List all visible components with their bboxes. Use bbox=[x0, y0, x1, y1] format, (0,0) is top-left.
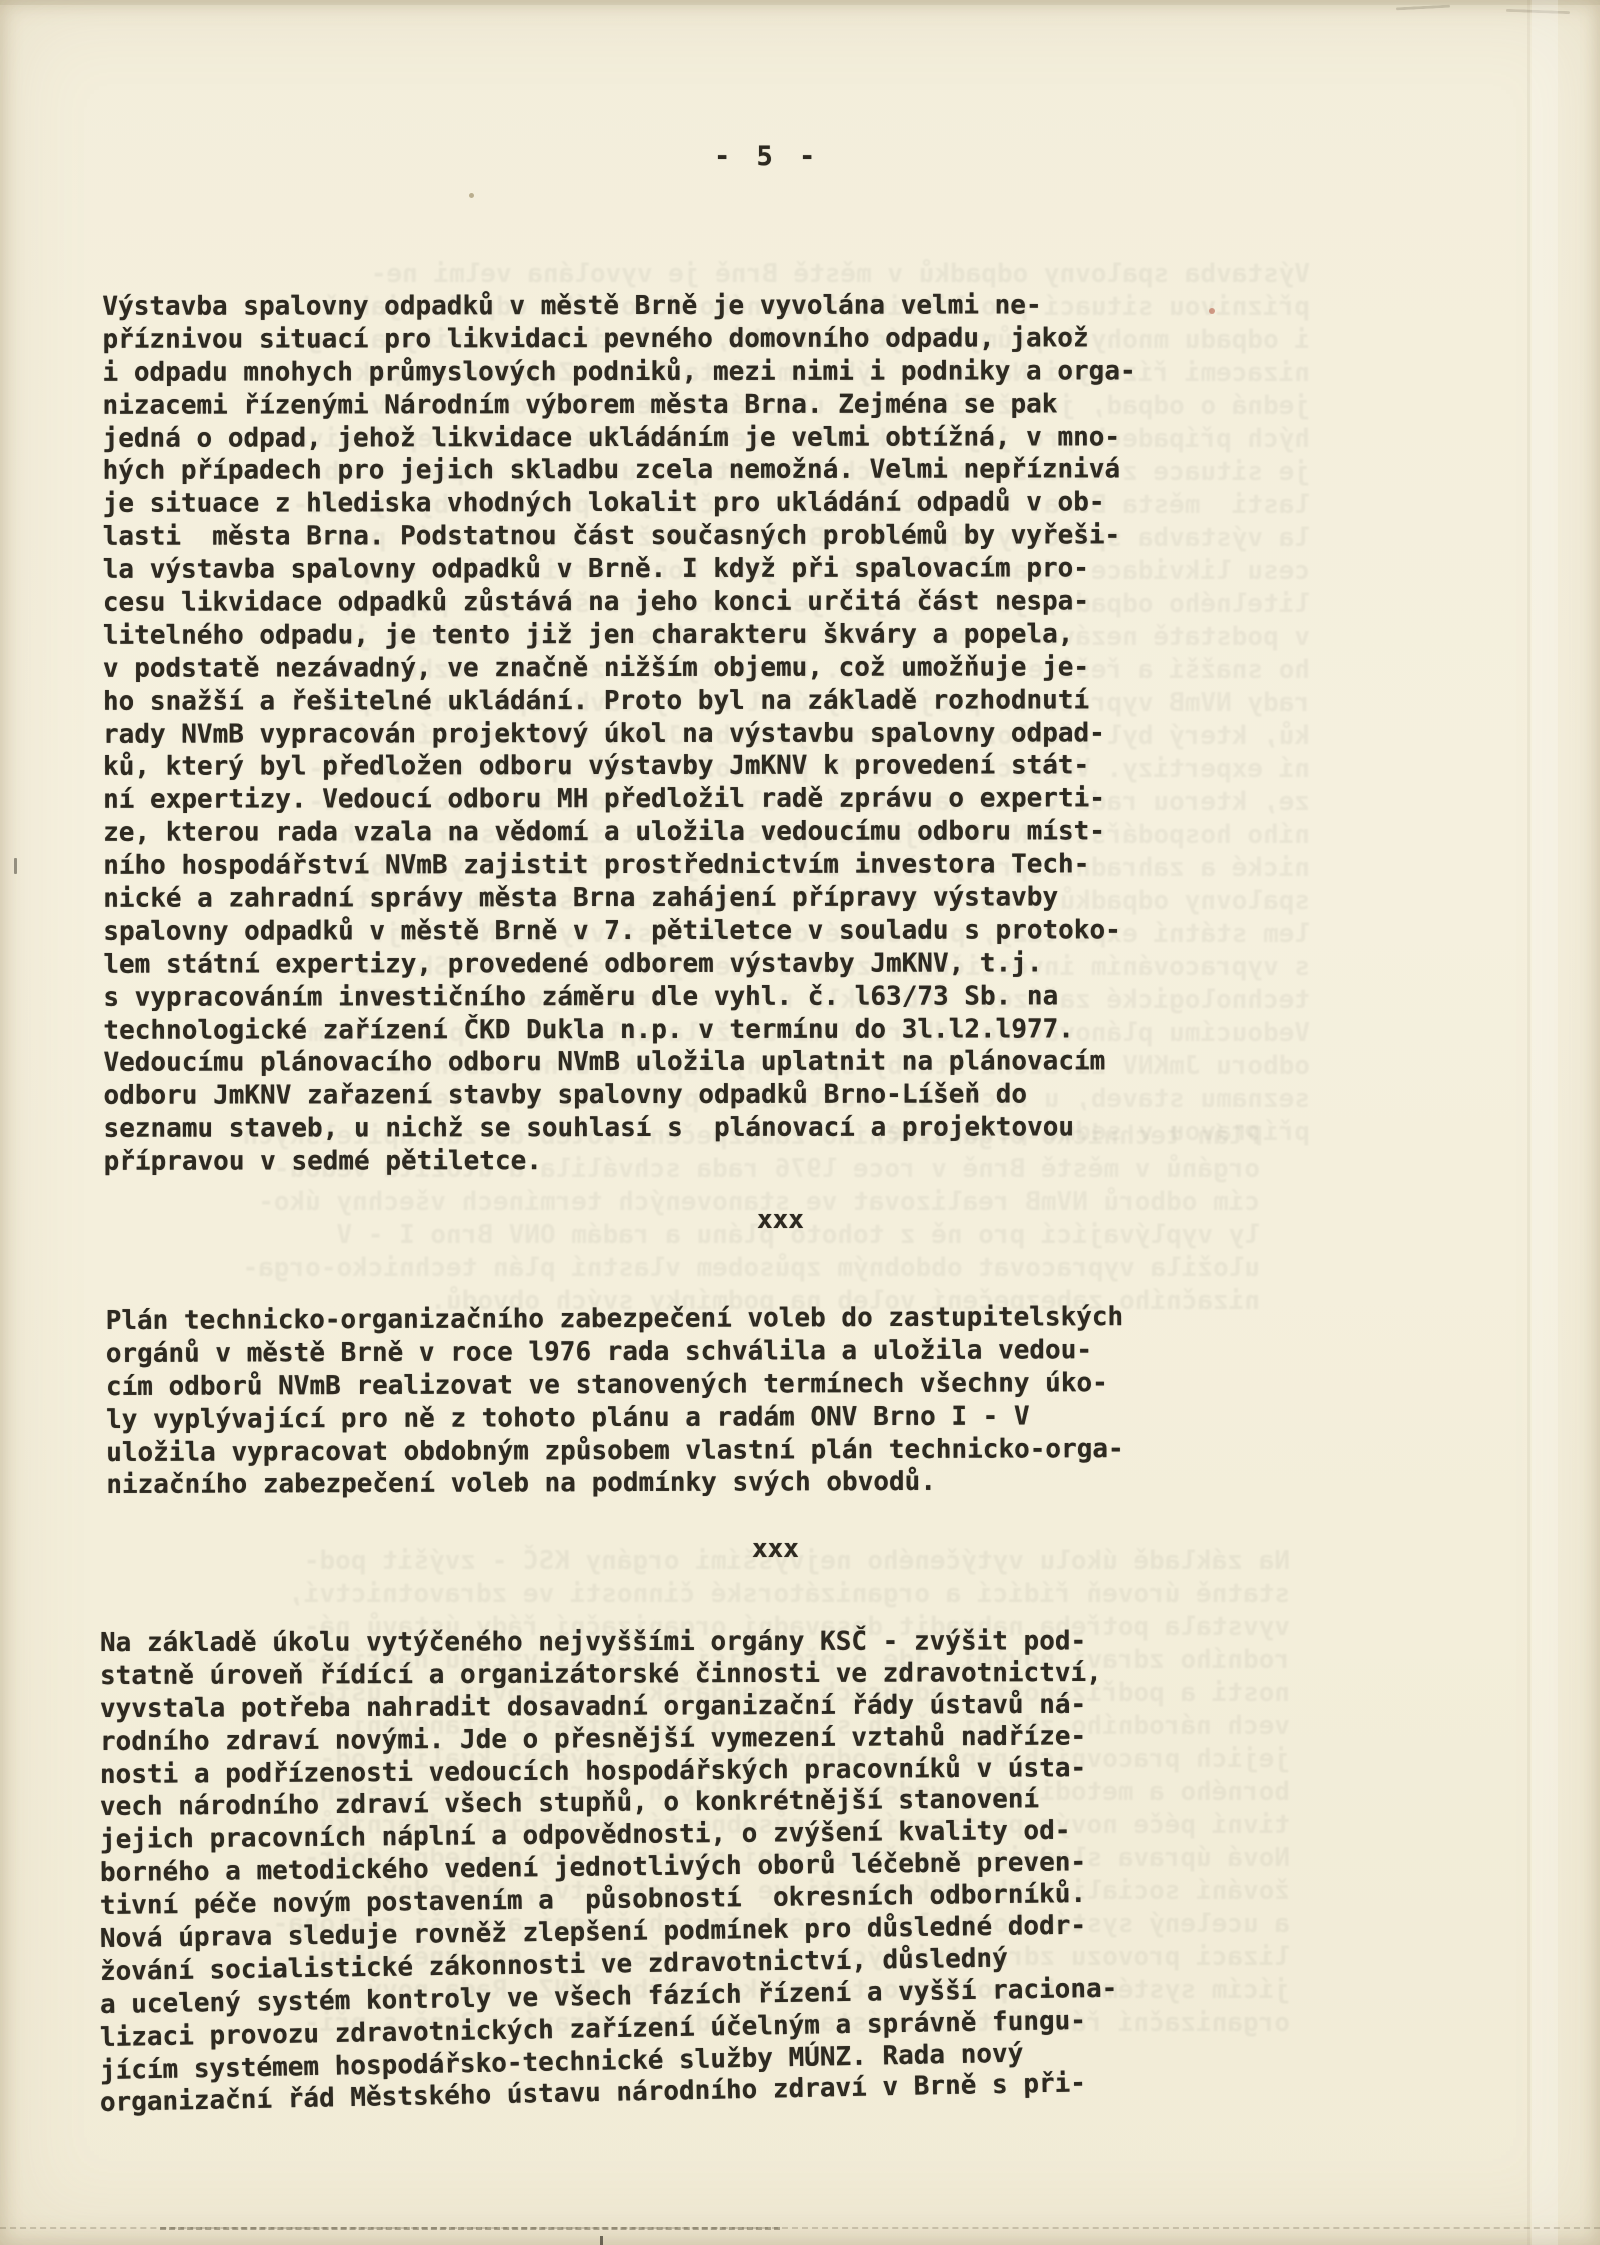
text-line: rady NVmB vypracován projektový úkol na … bbox=[103, 717, 1136, 751]
text-line: orgánů v městě Brně v roce l976 rada sch… bbox=[106, 1334, 1124, 1371]
text-line: nické a zahradní správy města Brna zaháj… bbox=[103, 881, 1136, 915]
text-line: Vedoucímu plánovacího odboru NVmB uložil… bbox=[103, 1046, 1136, 1080]
text-line: Výstavba spalovny odpadků v městě Brně j… bbox=[250, 258, 1310, 291]
scan-fold-dotted-line bbox=[0, 2227, 1600, 2229]
text-line: příznivou situací pro likvidaci pevného … bbox=[102, 322, 1135, 356]
text-line: Plán technicko-organizačního zabezpečení… bbox=[106, 1301, 1124, 1338]
text-line: ků, který byl předložen odboru výstavby … bbox=[103, 750, 1136, 784]
text-line: s vypracováním investičního záměru dle v… bbox=[103, 980, 1136, 1014]
text-line: Na základě úkolu vytýčeného nejvyššími o… bbox=[100, 1625, 1118, 1660]
text-line: lasti města Brna. Podstatnou část součas… bbox=[103, 520, 1136, 554]
scan-fold-dotted-line bbox=[160, 2227, 780, 2230]
text-line: nizačního zabezpečení voleb na podmínky … bbox=[106, 1465, 1124, 1502]
text-line: jedná o odpad, jehož likvidace ukládáním… bbox=[103, 421, 1136, 455]
text-line: statně úroveň řídící a organizátorské či… bbox=[100, 1657, 1118, 1693]
text-line: ho snažší a řešitelné ukládání. Proto by… bbox=[103, 684, 1136, 718]
paragraph-waste-incinerator: Výstavba spalovny odpadků v městě Brně j… bbox=[102, 289, 1136, 1178]
paper-speck bbox=[1209, 308, 1215, 314]
text-line: ního hospodářství NVmB zajistit prostřed… bbox=[103, 848, 1136, 882]
paragraph-election-plan: Plán technicko-organizačního zabezpečení… bbox=[106, 1301, 1124, 1502]
text-line: la výstavba spalovny odpadků v Brně. I k… bbox=[103, 552, 1136, 586]
pencil-smudge bbox=[1396, 5, 1450, 11]
text-line: vyvstala potřeba nahradit dosavadní orga… bbox=[100, 1688, 1118, 1725]
text-line: litelného odpadu, je tento již jen chara… bbox=[103, 618, 1136, 652]
text-line: ly vyplývající pro ně z tohoto plánu a r… bbox=[106, 1400, 1124, 1437]
paper-speck bbox=[600, 2236, 603, 2245]
paper-fold-line bbox=[1527, 0, 1530, 2245]
scan-edge-shadow bbox=[0, 0, 1600, 5]
text-line: ze, kterou rada vzala na vědomí a uložil… bbox=[103, 816, 1136, 850]
section-separator-1: xxx bbox=[757, 1205, 804, 1235]
paper-edge-mark bbox=[14, 858, 17, 874]
scanned-typewritten-page: { "page": { "number_label": "- 5 -" }, "… bbox=[0, 0, 1600, 2245]
text-line: je situace z hlediska vhodných lokalit p… bbox=[103, 487, 1136, 521]
text-line: statně úroveň řídící a organizátorské či… bbox=[230, 1578, 1290, 1611]
paper-fold-highlight bbox=[1532, 0, 1558, 2245]
text-line: ly vyplývající pro ně z tohoto plánu a r… bbox=[200, 1219, 1260, 1252]
paper-speck bbox=[469, 193, 474, 198]
text-line: seznamu staveb, u nichž se souhlasí s pl… bbox=[104, 1112, 1137, 1146]
text-line: hých případech pro jejich skladbu zcela … bbox=[103, 454, 1136, 488]
text-line: lem státní expertizy, provedené odborem … bbox=[103, 947, 1136, 981]
text-line: v podstatě nezávadný, ve značně nižším o… bbox=[103, 651, 1136, 685]
text-line: cesu likvidace odpadků zůstává na jeho k… bbox=[103, 585, 1136, 619]
paper-background: Výstavba spalovny odpadků v městě Brně j… bbox=[0, 0, 1600, 2245]
text-line: ní expertizy. Vedoucí odboru MH předloži… bbox=[103, 783, 1136, 817]
text-line: přípravou v sedmé pětiletce. bbox=[104, 1144, 1137, 1178]
text-line: uložila vypracovat obdobným způsobem vla… bbox=[200, 1252, 1260, 1285]
section-separator-2: xxx bbox=[752, 1534, 799, 1564]
text-line: spalovny odpadků v městě Brně v 7. pětil… bbox=[103, 914, 1136, 948]
text-line: technologické zařízení ČKD Dukla n.p. v … bbox=[103, 1013, 1136, 1047]
text-line: cím odborů NVmB realizovat ve stanovenýc… bbox=[106, 1367, 1124, 1404]
text-line: i odpadu mnohych průmyslových podniků, m… bbox=[102, 355, 1135, 389]
text-line: Výstavba spalovny odpadků v městě Brně j… bbox=[102, 289, 1135, 323]
text-line: cím odborů NVmB realizovat ve stanovenýc… bbox=[200, 1186, 1260, 1219]
paragraph-health-service: Na základě úkolu vytýčeného nejvyššími o… bbox=[100, 1627, 1117, 2120]
text-line: uložila vypracovat obdobným způsobem vla… bbox=[106, 1433, 1124, 1470]
page-number: - 5 - bbox=[714, 141, 820, 172]
text-line: nizacemi řízenými Národním výborem města… bbox=[103, 388, 1136, 422]
text-line: odboru JmKNV zařazení stavby spalovny od… bbox=[103, 1079, 1136, 1113]
pencil-smudge bbox=[1506, 9, 1570, 14]
